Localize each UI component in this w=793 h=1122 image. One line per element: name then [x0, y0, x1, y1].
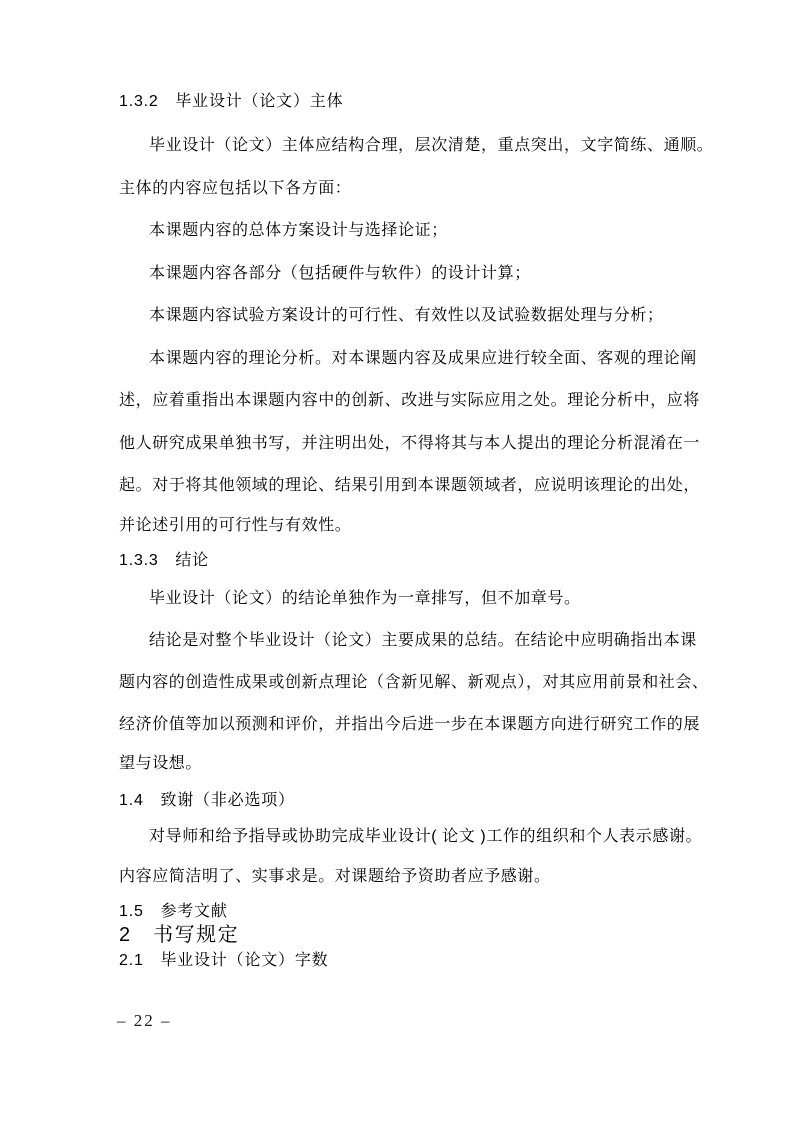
section-heading-1-3-3: 1.3.3 结论: [119, 551, 719, 571]
section-heading-1-3-2: 1.3.2 毕业设计（论文）主体: [119, 92, 719, 112]
body-line: 望与设想。: [119, 754, 719, 774]
body-line: 并论述引用的可行性与有效性。: [119, 516, 719, 536]
body-line: 述，应着重指出本课题内容中的创新、改进与实际应用之处。理论分析中，应将: [119, 391, 719, 411]
body-line: 内容应简洁明了、实事求是。对课题给予资助者应予感谢。: [119, 867, 719, 887]
body-line: 题内容的创造性成果或创新点理论（含新见解、新观点），对其应用前景和社会、: [119, 673, 719, 693]
section-heading-1-5: 1.5 参考文献: [119, 902, 719, 922]
body-line: 本课题内容各部分（包括硬件与软件）的设计计算；: [119, 264, 749, 284]
body-line: 毕业设计（论文）主体应结构合理，层次清楚，重点突出，文字简练、通顺。: [119, 136, 749, 156]
document-page: 1.3.2 毕业设计（论文）主体 毕业设计（论文）主体应结构合理，层次清楚，重点…: [0, 0, 793, 1122]
body-line: 本课题内容的总体方案设计与选择论证；: [119, 221, 749, 241]
body-line: 主体的内容应包括以下各方面：: [119, 179, 719, 199]
body-line: 本课题内容试验方案设计的可行性、有效性以及试验数据处理与分析；: [119, 306, 749, 326]
body-line: 本课题内容的理论分析。对本课题内容及成果应进行较全面、客观的理论阐: [119, 349, 749, 369]
body-line: 起。对于将其他领域的理论、结果引用到本课题领域者，应说明该理论的出处，: [119, 476, 719, 496]
section-heading-1-4: 1.4 致谢（非必选项）: [119, 791, 719, 811]
body-line: 结论是对整个毕业设计（论文）主要成果的总结。在结论中应明确指出本课: [119, 631, 749, 651]
body-line: 毕业设计（论文）的结论单独作为一章排写，但不加章号。: [119, 589, 749, 609]
chapter-heading-2: 2 书写规定: [119, 923, 719, 947]
body-line: 他人研究成果单独书写，并注明出处，不得将其与本人提出的理论分析混淆在一: [119, 434, 719, 454]
section-heading-2-1: 2.1 毕业设计（论文）字数: [119, 951, 719, 971]
body-line: 经济价值等加以预测和评价，并指出今后进一步在本课题方向进行研究工作的展: [119, 715, 719, 735]
body-line: 对导师和给予指导或协助完成毕业设计( 论文 )工作的组织和个人表示感谢。: [119, 827, 749, 847]
page-number: – 22 –: [117, 1011, 172, 1031]
